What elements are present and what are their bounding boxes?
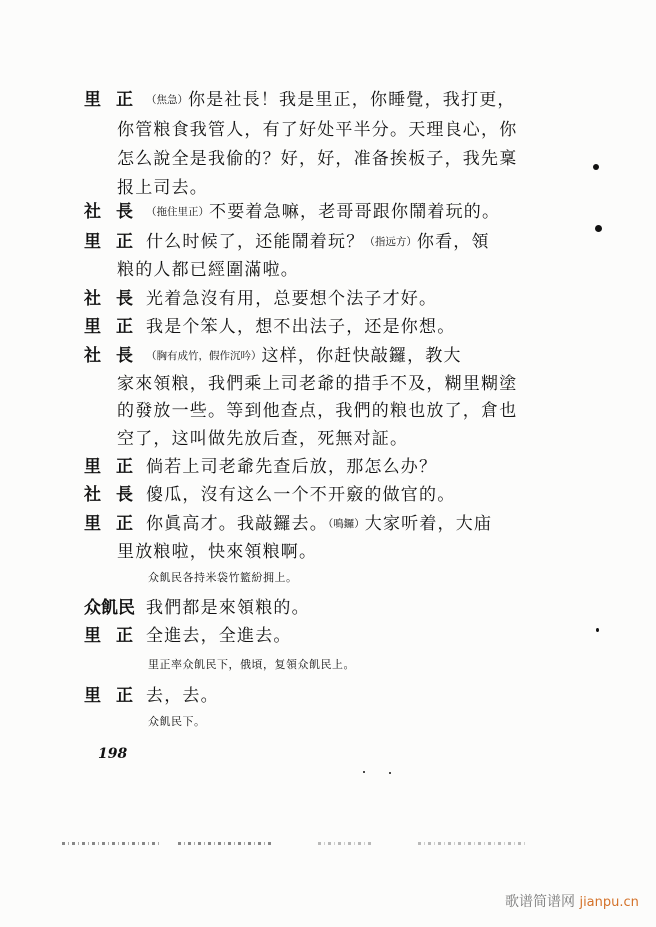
stage-direction-inline: （胸有成竹，假作沉吟） bbox=[146, 350, 262, 362]
scan-noise bbox=[418, 842, 528, 845]
dialogue-text: 倘若上司老爺先查后放，那怎么办？ bbox=[146, 457, 437, 477]
speaker-name: 社長 bbox=[84, 201, 146, 223]
speaker-name: 里正 bbox=[84, 456, 146, 478]
site-watermark: 歌谱简谱网 jianpu.cn bbox=[505, 891, 639, 911]
stage-direction-inline: （指远方） bbox=[364, 236, 417, 248]
speaker-name: 社長 bbox=[84, 484, 146, 506]
dialogue-continuation: 里放粮啦，快來領粮啊。 bbox=[117, 541, 317, 563]
dialogue-line: 里正我是个笨人，想不出法子，还是你想。 bbox=[84, 316, 455, 338]
dialogue-text: 你看，領 bbox=[417, 232, 490, 252]
dialogue-text: 去，去。 bbox=[146, 686, 219, 706]
dialogue-text: 我們都是來領粮的。 bbox=[146, 598, 310, 618]
dialogue-continuation: 空了，这叫做先放后查，死無对証。 bbox=[117, 428, 408, 450]
speaker-name: 里正 bbox=[84, 513, 146, 535]
dialogue-line: 里正倘若上司老爺先查后放，那怎么办？ bbox=[84, 456, 437, 478]
stage-direction: 里正率众飢民下，俄頃，复領众飢民上。 bbox=[148, 657, 355, 673]
dialogue-text: 大家听着，大庙 bbox=[365, 514, 492, 534]
speaker-name: 里正 bbox=[84, 316, 146, 338]
scan-artifact-dot bbox=[363, 771, 365, 773]
speaker-name: 社長 bbox=[84, 345, 146, 367]
stage-direction: 众飢民各持米袋竹籃紛拥上。 bbox=[148, 570, 298, 586]
dialogue-continuation: 怎么說全是我偷的？好，好，准备挨板子，我先稟 bbox=[117, 148, 517, 170]
watermark-domain: jianpu.cn bbox=[579, 895, 638, 910]
scan-artifact-dot bbox=[389, 772, 391, 774]
dialogue-text: 傻瓜，沒有这么一个不开竅的做官的。 bbox=[146, 485, 455, 505]
stage-direction-inline: （焦急） bbox=[146, 94, 188, 106]
dialogue-line: 里正（焦急）你是社長！我是里正，你睡覺，我打更， bbox=[84, 89, 516, 111]
dialogue-continuation: 你管粮食我管人，有了好处平半分。天理良心，你 bbox=[117, 119, 517, 141]
dialogue-text: 我是个笨人，想不出法子，还是你想。 bbox=[146, 317, 455, 337]
dialogue-line: 社長（胸有成竹，假作沉吟）这样，你赶快敲鑼，教大 bbox=[84, 345, 462, 367]
dialogue-text: 你是社長！我是里正，你睡覺，我打更， bbox=[188, 90, 516, 110]
dialogue-line: 里正你眞高才。我敲鑼去。（鳴鑼）大家听着，大庙 bbox=[84, 513, 492, 535]
dialogue-continuation: 粮的人都已經圍滿啦。 bbox=[117, 259, 299, 281]
scan-artifact-dot bbox=[595, 225, 602, 232]
stage-direction: 众飢民下。 bbox=[148, 714, 206, 730]
dialogue-line: 众飢民我們都是來領粮的。 bbox=[84, 597, 310, 619]
dialogue-text: 什么时候了，还能鬧着玩？ bbox=[146, 232, 364, 252]
dialogue-line: 里正去，去。 bbox=[84, 685, 219, 707]
scanned-script-page: 里正（焦急）你是社長！我是里正，你睡覺，我打更， 你管粮食我管人，有了好处平半分… bbox=[0, 0, 656, 927]
dialogue-continuation: 报上司去。 bbox=[117, 177, 208, 199]
dialogue-text: 这样，你赶快敲鑼，教大 bbox=[262, 346, 462, 366]
dialogue-continuation: 的發放一些。等到他查点，我們的粮也放了，倉也 bbox=[117, 400, 517, 422]
speaker-name: 里正 bbox=[84, 231, 146, 253]
dialogue-line: 社長（拖住里正）不要着急嘛，老哥哥跟你鬧着玩的。 bbox=[84, 201, 500, 223]
scan-artifact-dot bbox=[593, 164, 599, 170]
dialogue-continuation: 家來領粮，我們乘上司老爺的措手不及，糊里糊塗 bbox=[117, 373, 517, 395]
scan-artifact-dot bbox=[596, 628, 599, 632]
speaker-name: 里正 bbox=[84, 89, 146, 111]
speaker-name: 里正 bbox=[84, 685, 146, 707]
stage-direction-inline: （拖住里正） bbox=[146, 206, 209, 218]
page-number: 198 bbox=[98, 746, 127, 762]
scan-noise bbox=[318, 842, 373, 845]
speaker-name: 里正 bbox=[84, 625, 146, 647]
dialogue-line: 社長光着急沒有用，总要想个法子才好。 bbox=[84, 288, 437, 310]
dialogue-line: 里正什么时候了，还能鬧着玩？（指远方）你看，領 bbox=[84, 231, 490, 253]
dialogue-line: 社長傻瓜，沒有这么一个不开竅的做官的。 bbox=[84, 484, 455, 506]
scan-noise bbox=[62, 842, 162, 845]
speaker-name: 众飢民 bbox=[84, 597, 146, 619]
scan-noise bbox=[178, 842, 273, 845]
stage-direction-inline: （鳴鑼） bbox=[328, 518, 365, 530]
dialogue-line: 里正全進去，全進去。 bbox=[84, 625, 292, 647]
watermark-site-name: 歌谱简谱网 bbox=[505, 894, 575, 910]
dialogue-text: 不要着急嘛，老哥哥跟你鬧着玩的。 bbox=[209, 202, 500, 222]
dialogue-text: 光着急沒有用，总要想个法子才好。 bbox=[146, 289, 437, 309]
dialogue-text: 全進去，全進去。 bbox=[146, 626, 292, 646]
dialogue-text: 你眞高才。我敲鑼去。 bbox=[146, 514, 328, 534]
speaker-name: 社長 bbox=[84, 288, 146, 310]
